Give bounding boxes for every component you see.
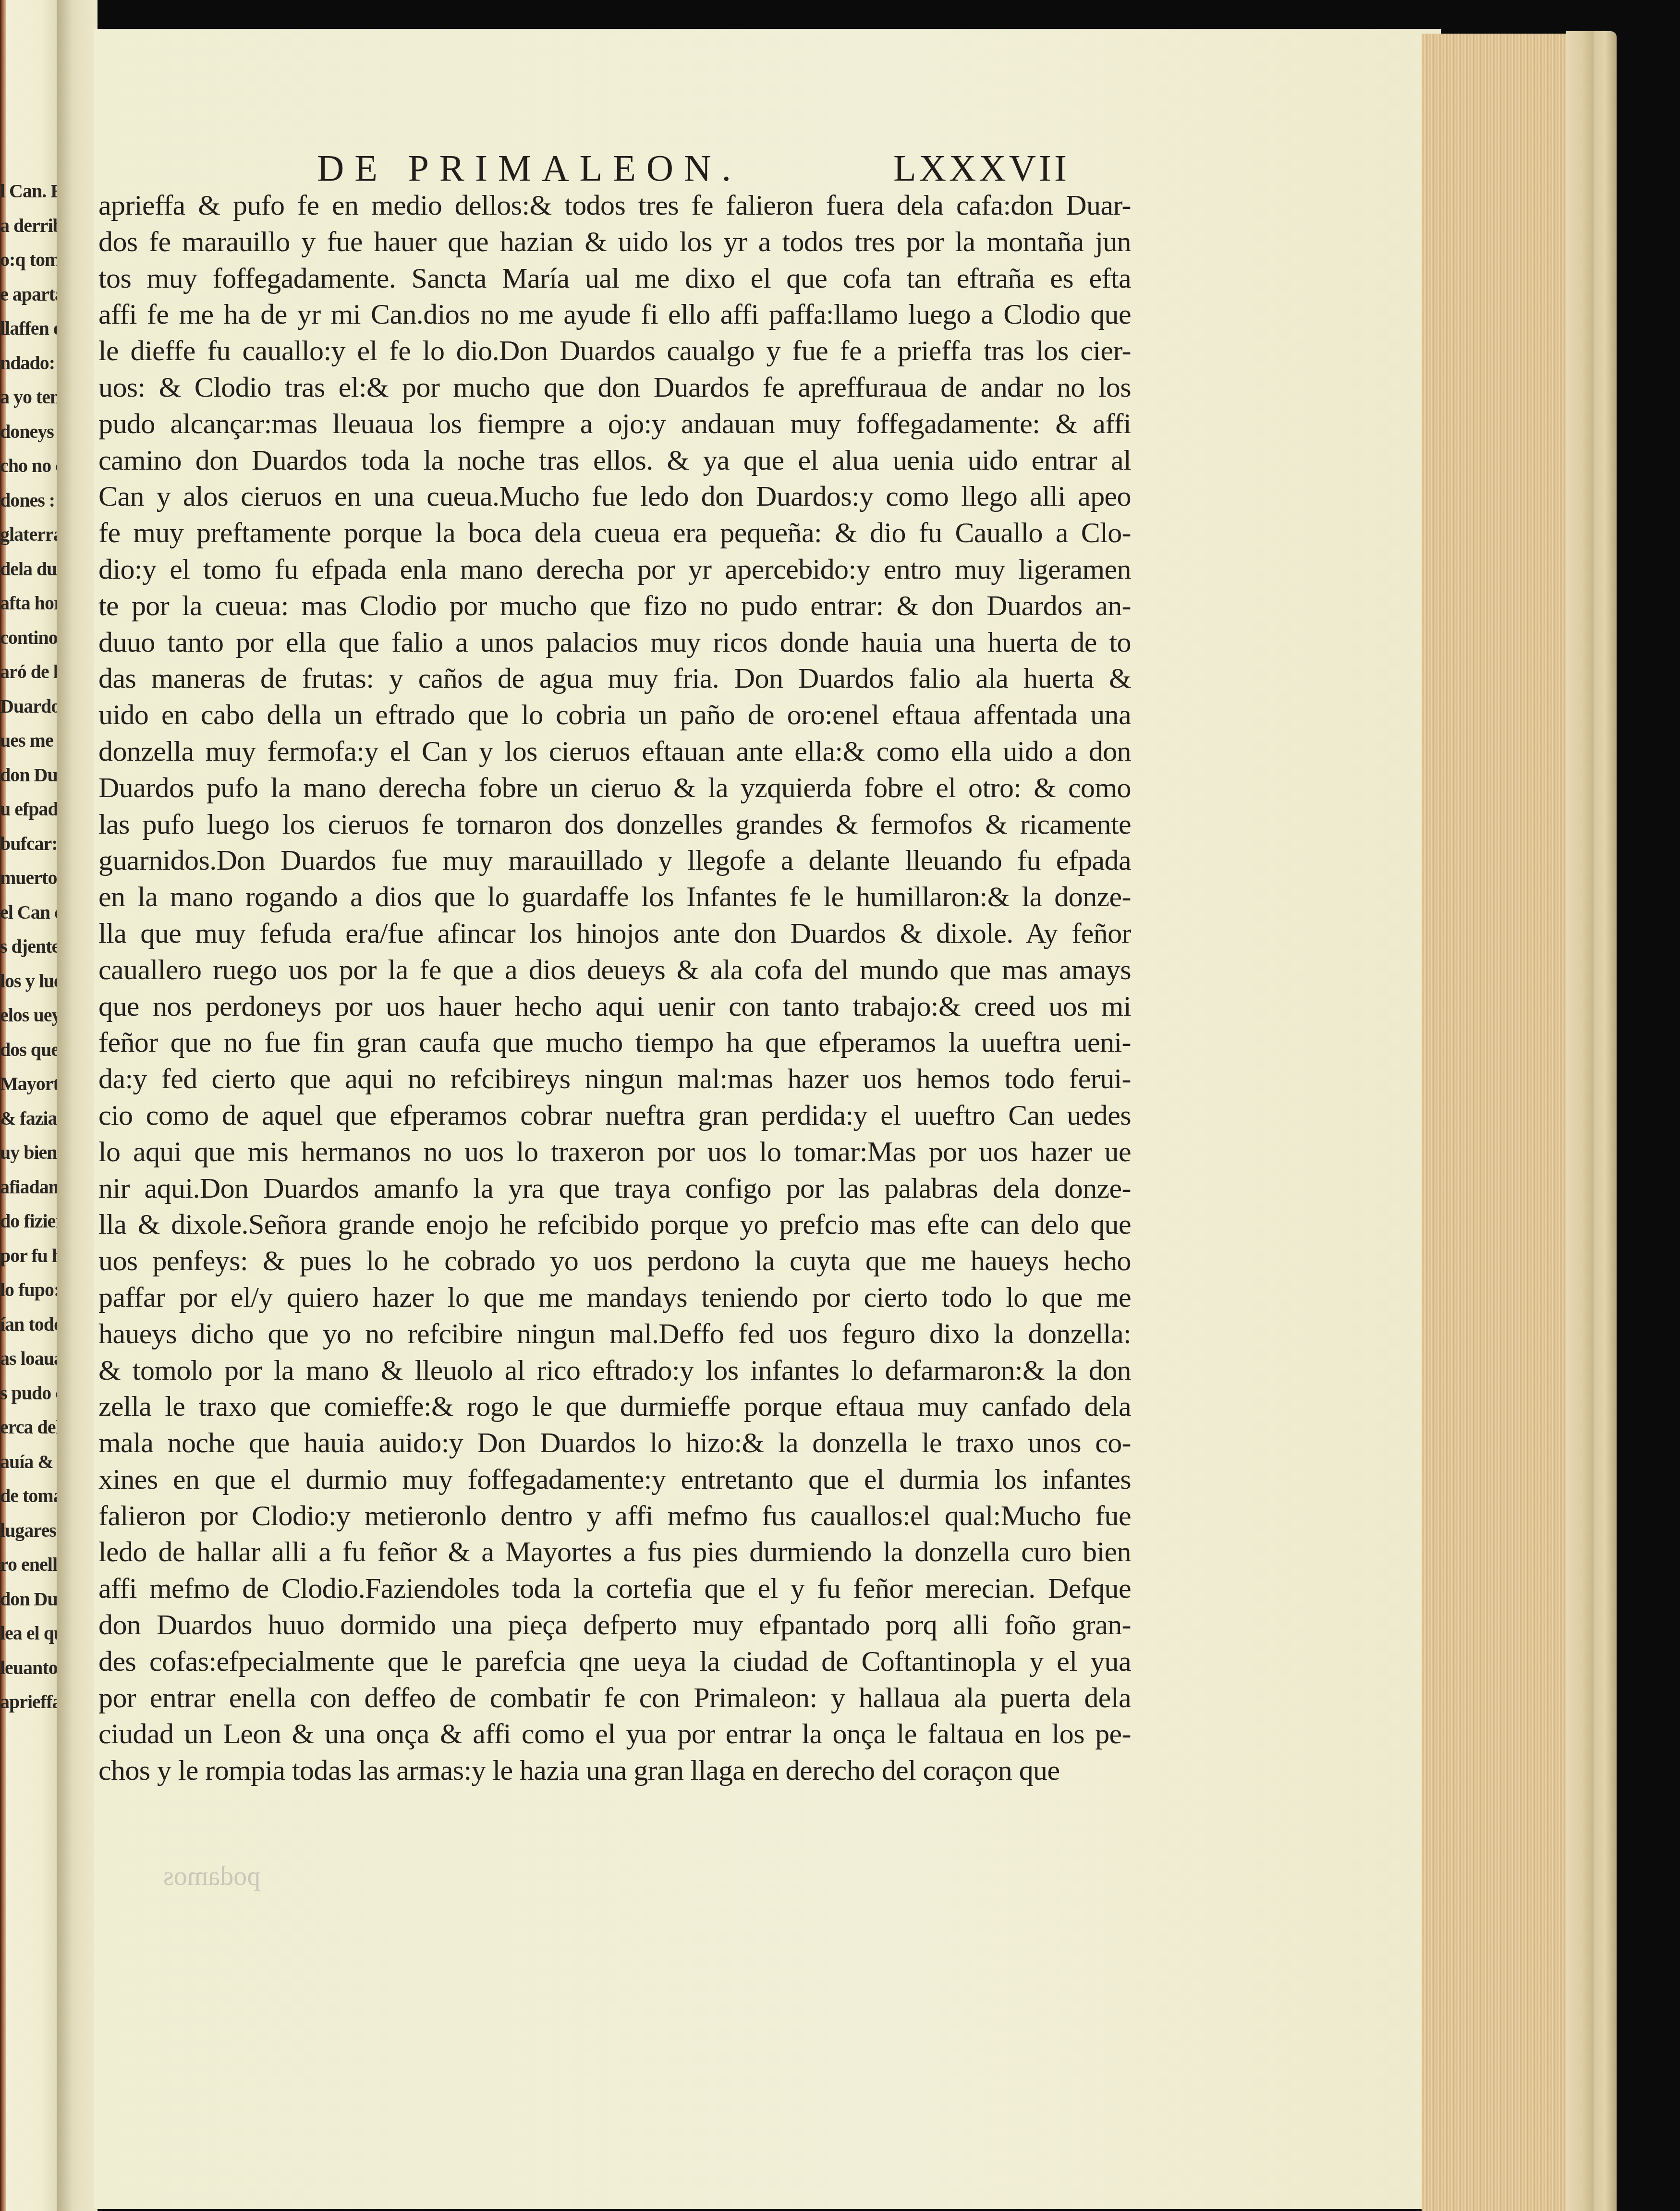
text-line: das maneras de frutas: y caños de agua m… <box>98 660 1131 697</box>
show-through-catchword: podamos <box>163 1861 260 1892</box>
left-page-line-fragment: afiadamente p <box>0 1176 60 1198</box>
left-page-line-fragment: dones : y el <box>0 489 60 511</box>
text-line: chos y le rompia todas las armas:y le ha… <box>98 1752 1131 1789</box>
left-page-line-fragment: leuantole m <box>0 1657 60 1679</box>
text-line: camino don Duardos toda la noche tras el… <box>98 442 1131 479</box>
text-line: dio:y el tomo fu efpada enla mano derech… <box>98 551 1131 588</box>
text-line: duuo tanto por ella que falio a unos pal… <box>98 624 1131 661</box>
text-line: mala noche que hauia auido:y Don Duardos… <box>98 1425 1131 1461</box>
text-line: don Duardos huuo dormido una pieça defpe… <box>98 1607 1131 1643</box>
left-page-line-fragment: elos ueynte <box>0 1004 60 1026</box>
text-line: ciudad un Leon & una onça & affi como el… <box>98 1716 1131 1752</box>
text-line: uido en cabo della un eftrado que lo cob… <box>98 697 1131 733</box>
text-line: fe muy preftamente porque la boca dela c… <box>98 515 1131 551</box>
left-page-line-fragment: lea el que <box>0 1622 60 1644</box>
text-line: da:y fed cierto que aqui no refcibireys … <box>98 1061 1131 1097</box>
text-line: pudo alcançar:mas lleuaua los fiempre a … <box>98 406 1131 442</box>
left-page-line-fragment: el Can que fu <box>0 901 60 923</box>
left-page-line-fragment: & fazia yr fu <box>0 1107 60 1130</box>
left-page-line-fragment: don Duardos <box>0 1588 60 1610</box>
text-line: nir aqui.Don Duardos amanfo la yra que t… <box>98 1170 1131 1207</box>
left-page-line-fragment: a derribado <box>0 215 60 237</box>
text-line: feñor que no fue fin gran caufa que much… <box>98 1024 1131 1061</box>
left-page-line-fragment: as loauan al <box>0 1348 60 1370</box>
left-page-line-fragment: bufcar:y dos <box>0 833 60 855</box>
text-line: donzella muy fermofa:y el Can y los cier… <box>98 733 1131 770</box>
left-page-line-fragment: u efpada & co <box>0 798 60 820</box>
text-line: uos: & Clodio tras el:& por mucho que do… <box>98 369 1131 406</box>
left-page-line-fragment: cho no es me <box>0 455 60 477</box>
left-page-line-fragment: llaffen que lo <box>0 317 60 340</box>
text-line: lla & dixole.Señora grande enojo he refc… <box>98 1206 1131 1243</box>
left-page-line-fragment: aró de llamar <box>0 661 60 683</box>
left-page-line-fragment: ían todos que <box>0 1313 60 1336</box>
running-title: DE PRIMALEON. <box>317 146 742 190</box>
left-page-line-fragment: a yo tengo m <box>0 386 60 408</box>
left-page-line-fragment: doneys porque <box>0 421 60 443</box>
text-line: zella le traxo que comieffe:& rogo le qu… <box>98 1388 1131 1425</box>
left-page-line-fragment: ues me acom <box>0 729 60 752</box>
left-page-line-fragment: aprieffa <box>0 1691 60 1713</box>
left-page-line-fragment: auía & andu <box>0 1451 60 1473</box>
book-gutter <box>57 0 97 2211</box>
text-line: lla que muy fefuda era/fue afincar los h… <box>98 915 1131 952</box>
text-line: cauallero ruego uos por la fe que a dios… <box>98 952 1131 988</box>
left-page-line-fragment: s djentes fri <box>0 935 60 958</box>
text-line: & tomolo por la mano & lleuolo al rico e… <box>98 1352 1131 1389</box>
left-page-line-fragment: o:q tomafe <box>0 249 60 271</box>
text-line: cio como de aquel que efperamos cobrar n… <box>98 1097 1131 1134</box>
fore-edge-page-stack <box>1422 34 1566 2211</box>
left-page-line-fragment: dela dueña to <box>0 558 60 580</box>
left-page-line-fragment: ndado: mas <box>0 352 60 374</box>
text-line: en la mano rogando a dios que lo guardaf… <box>98 879 1131 915</box>
left-page-line-fragment: uy bien lo al <box>0 1142 60 1164</box>
left-page-line-fragment: contino:y fupo <box>0 627 60 649</box>
text-line: ledo de hallar alli a fu feñor & a Mayor… <box>98 1534 1131 1570</box>
left-page-line-fragment: erca dela ma <box>0 1416 60 1438</box>
text-line: le dieffe fu cauallo:y el fe lo dio.Don … <box>98 333 1131 369</box>
left-page-line-fragment: dos quedo fr <box>0 1039 60 1061</box>
text-line: te por la cueua: mas Clodio por mucho qu… <box>98 588 1131 624</box>
binding-board <box>1566 31 1594 2211</box>
text-line: guarnidos.Don Duardos fue muy marauillad… <box>98 842 1131 879</box>
text-line: des cofas:efpecialmente que le parefcia … <box>98 1643 1131 1680</box>
left-page-line-fragment: e apartado de <box>0 283 60 305</box>
text-line: lo aqui que mis hermanos no uos lo traxe… <box>98 1134 1131 1170</box>
text-line: xines en que el durmio muy foffegadament… <box>98 1461 1131 1498</box>
text-line: aprieffa & pufo fe en medio dellos:& tod… <box>98 187 1131 224</box>
folio-number: LXXXVII <box>893 146 1070 190</box>
text-line: affi mefmo de Clodio.Faziendoles toda la… <box>98 1570 1131 1607</box>
body-text: aprieffa & pufo fe en medio dellos:& tod… <box>98 187 1131 1789</box>
previous-page-fragment: l Can. El coa derribadoo:q tomafee apart… <box>0 0 60 2211</box>
left-page-line-fragment: por fu herma <box>0 1245 60 1267</box>
text-line: paffar por el/y quiero hazer lo que me m… <box>98 1279 1131 1316</box>
left-page-line-fragment: Mayortes las <box>0 1073 60 1095</box>
text-line: haueys dicho que yo no refcibire ningun … <box>98 1316 1131 1352</box>
text-line: affi fe me ha de yr mi Can.dios no me ay… <box>98 296 1131 333</box>
left-page-line-fragment: los y luego M <box>0 970 60 992</box>
left-page-line-fragment: afta hora de <box>0 592 60 614</box>
left-page-line-fragment: Duardos q lo <box>0 695 60 717</box>
binding-board-edge <box>1594 31 1617 2211</box>
left-page-line-fragment: don Duardos <box>0 764 60 786</box>
left-page-line-fragment: do fizieron fa <box>0 1210 60 1232</box>
text-line: por entrar enella con deffeo de combatir… <box>98 1680 1131 1716</box>
text-line: falieron por Clodio:y metieronlo dentro … <box>98 1498 1131 1534</box>
text-line: Duardos pufo la mano derecha fobre un ci… <box>98 770 1131 806</box>
text-line: uos penfeys: & pues lo he cobrado yo uos… <box>98 1243 1131 1279</box>
text-line: Can y alos cieruos en una cueua.Mucho fu… <box>98 478 1131 515</box>
left-page-line-fragment: lo fupo: y pr <box>0 1279 60 1301</box>
text-line: que nos perdoneys por uos hauer hecho aq… <box>98 988 1131 1025</box>
left-page-line-fragment: muerto foys. <box>0 867 60 889</box>
left-page-line-fragment: de tomar la n <box>0 1485 60 1507</box>
left-page-line-fragment: lugares era c <box>0 1519 60 1542</box>
left-page-line-fragment: s pudo camin <box>0 1382 60 1404</box>
left-page-line-fragment: glaterra:y def <box>0 523 60 546</box>
left-page-line-fragment: l Can. El co <box>0 180 60 202</box>
left-page-line-fragment: ro enella a d <box>0 1554 60 1576</box>
text-line: tos muy foffegadamente. Sancta María ual… <box>98 260 1131 297</box>
text-line: dos fe marauillo y fue hauer que hazian … <box>98 224 1131 260</box>
text-line: las pufo luego los cieruos fe tornaron d… <box>98 806 1131 843</box>
